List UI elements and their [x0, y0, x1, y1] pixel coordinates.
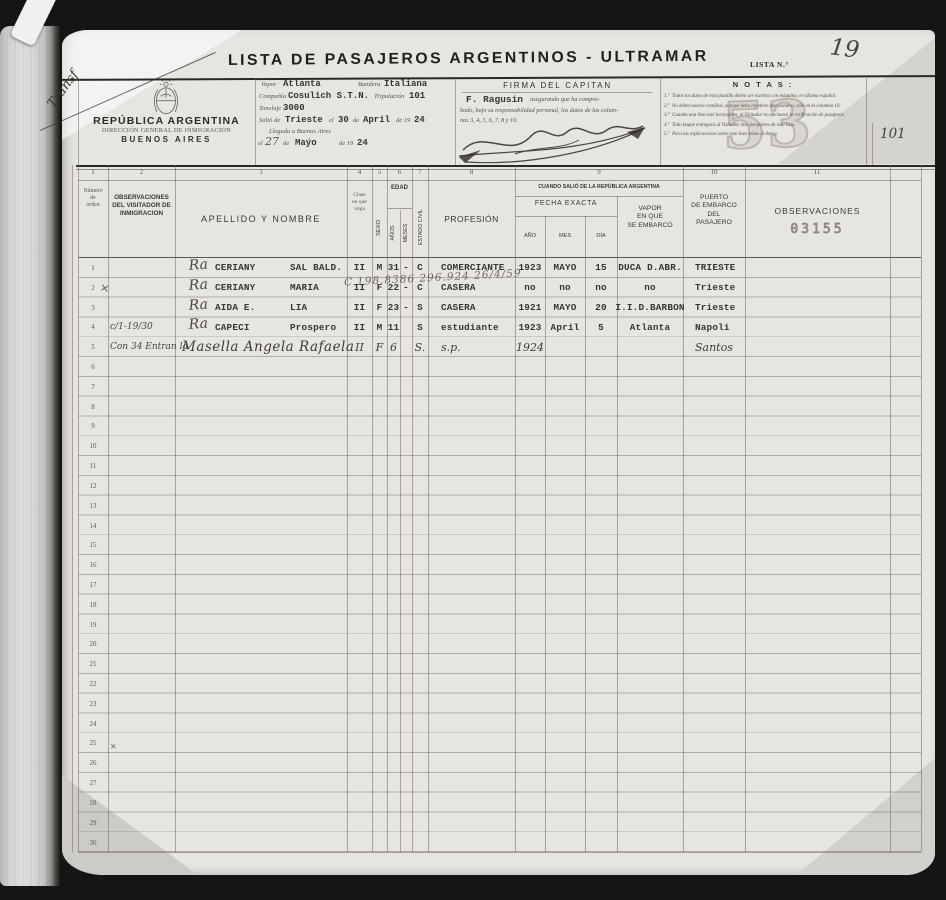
- grid-vline: [255, 78, 256, 165]
- cell-clase: II: [347, 298, 372, 318]
- col-header-vapor-embarco: VAPOR EN QUE SE EMBARCÓ: [617, 205, 683, 230]
- grid-hline: [515, 196, 683, 197]
- cell-vapor: DUCA D.ABR.: [617, 258, 683, 278]
- table-row: 16: [62, 555, 935, 575]
- column-number: 4: [358, 168, 362, 176]
- table-row: 11: [62, 456, 935, 476]
- grid-vline: [660, 78, 661, 165]
- col-header-cuando-salio: CUANDO SALIÓ DE LA REPÚBLICA ARGENTINA: [524, 184, 675, 191]
- cell-vapor: no: [617, 278, 683, 298]
- cell-n: 10: [78, 436, 108, 456]
- cell-dia: no: [585, 278, 617, 298]
- table-row: 26: [62, 753, 935, 773]
- cell-vapor: Atlanta: [617, 317, 683, 337]
- cell-ano: 1924: [515, 337, 545, 357]
- observaciones-stamp: 03155: [745, 222, 890, 238]
- table-row: 25: [62, 734, 935, 754]
- table-row: 9: [62, 417, 935, 437]
- cell-given: MARIA: [290, 278, 346, 298]
- table-row: 24: [62, 714, 935, 734]
- llegada-label: Llegada a Buenos Aires: [269, 128, 331, 135]
- cell-n: 8: [78, 397, 108, 417]
- cell-n: 15: [78, 535, 108, 555]
- captain-name: F. Ragusin: [466, 94, 523, 105]
- salio-port: Trieste: [285, 115, 323, 125]
- table-top-rule-2: [76, 169, 935, 170]
- table-row: 19: [62, 615, 935, 635]
- cell-vapor: I.I.D.BARBON: [617, 298, 683, 318]
- book-page-stack: [0, 26, 60, 886]
- cell-n: 25: [78, 734, 108, 754]
- cell-n: 22: [78, 674, 108, 694]
- table-row: 20: [62, 635, 935, 655]
- tonelaje-value: 3000: [283, 103, 305, 113]
- cell-meses: -: [400, 298, 412, 318]
- column-number: 7: [418, 168, 422, 176]
- cell-n: 17: [78, 575, 108, 595]
- col-header-fecha-exacta: FECHA EXACTA: [515, 200, 617, 209]
- cell-given: Prospero: [290, 317, 346, 337]
- col-header-dia: DÍA: [585, 233, 617, 240]
- cell-surname: CAPECI: [215, 317, 289, 337]
- salio-mes: April: [363, 115, 390, 125]
- cell-mes: no: [545, 278, 585, 298]
- cell-n: 1: [78, 258, 108, 278]
- col-header-visitador: OBSERVACIONES DEL VISITADOR DE INMIGRACI…: [107, 194, 176, 218]
- column-number: 10: [711, 168, 718, 176]
- cell-mes: April: [545, 317, 585, 337]
- cell-obs2: Con 34 Entran la: [110, 337, 176, 357]
- col-header-observaciones: OBSERVACIONES: [745, 206, 890, 217]
- grid-vline: [872, 123, 873, 165]
- col-header-profesion: PROFESIÓN: [428, 214, 515, 225]
- coat-of-arms: [148, 80, 184, 118]
- salio-label: Salió de: [259, 117, 280, 124]
- cell-estado: S: [412, 317, 428, 337]
- col-header-anos: AÑOS: [390, 225, 396, 240]
- column-number: 11: [814, 168, 821, 176]
- column-number: 5: [378, 168, 382, 176]
- col-header-clase: Clase en que viaja: [346, 192, 373, 213]
- tripulacion-value: 101: [409, 91, 425, 101]
- cell-n: 19: [78, 615, 108, 635]
- cell-estado: S.: [412, 337, 428, 357]
- table-row: 15: [62, 535, 935, 555]
- cell-n: 29: [78, 813, 108, 833]
- cell-prof: s.p.: [441, 337, 515, 357]
- org-department: DIRECCIÓN GENERAL DE INMIGRACIÓN: [78, 127, 255, 135]
- col-header-apellido: APELLIDO Y NOMBRE: [175, 214, 347, 225]
- cell-n: 23: [78, 694, 108, 714]
- cell-dia: 15: [585, 258, 617, 278]
- cell-mes: MAYO: [545, 298, 585, 318]
- page-number: 101: [880, 126, 906, 142]
- llegada-de: de: [283, 140, 289, 147]
- table-row: 13: [62, 496, 935, 516]
- table-row: 18: [62, 595, 935, 615]
- table-row: 17: [62, 575, 935, 595]
- cell-prof: CASERA: [441, 298, 515, 318]
- column-number: 8: [470, 168, 474, 176]
- cell-given: LIA: [290, 298, 346, 318]
- table-row: 29: [62, 813, 935, 833]
- llegada-dia: 27: [265, 135, 279, 148]
- table-row: 4c/1-19/30RaCAPECIProsperoIIM11Sestudian…: [62, 317, 935, 337]
- cell-anos: 11: [387, 317, 400, 337]
- cell-puerto: Trieste: [695, 278, 750, 298]
- table-row: 12: [62, 476, 935, 496]
- table-row: 8: [62, 397, 935, 417]
- cell-clase: II: [347, 317, 372, 337]
- table-row: 14: [62, 516, 935, 536]
- cell-n: 26: [78, 753, 108, 773]
- page-title: LISTA DE PASAJEROS ARGENTINOS - ULTRAMAR: [228, 48, 709, 70]
- llegada-mes: Maýo: [295, 138, 317, 148]
- table-row: 23: [62, 694, 935, 714]
- cell-n: 30: [78, 833, 108, 853]
- cell-n: 27: [78, 773, 108, 793]
- cell-clase: II: [347, 337, 372, 357]
- col-header-sexo: SEXO: [376, 220, 382, 236]
- column-number: 6: [398, 168, 402, 176]
- llegada-de19: de 19: [339, 140, 353, 147]
- vapor-value: Atlanta: [283, 79, 321, 89]
- bandera-label: Bandera: [358, 81, 380, 88]
- cell-puerto: Trieste: [695, 298, 750, 318]
- cell-sexo: F: [372, 337, 387, 357]
- cell-n: 7: [78, 377, 108, 397]
- cell-prof: estudiante: [441, 317, 515, 337]
- table-row: 28: [62, 793, 935, 813]
- cell-surname: CERIANY: [215, 258, 289, 278]
- col-header-numero: Número de orden: [78, 188, 108, 210]
- scanned-document-photo: LISTA DE PASAJEROS ARGENTINOS - ULTRAMAR…: [0, 0, 946, 900]
- cell-n: 11: [78, 456, 108, 476]
- table-row: 22: [62, 674, 935, 694]
- col-header-estado-civil: ESTADO CIVIL: [418, 209, 424, 245]
- table-row: 5Con 34 Entran laMasella Angela RafaelaI…: [62, 337, 935, 357]
- cell-n: 16: [78, 555, 108, 575]
- table-row: 21: [62, 654, 935, 674]
- llegada-el: el: [258, 140, 263, 147]
- vapor-label: Vapor: [261, 81, 277, 88]
- col-header-ano: AÑO: [515, 233, 545, 240]
- cell-n: 12: [78, 476, 108, 496]
- table-row: 27: [62, 773, 935, 793]
- grid-vline: [866, 78, 867, 165]
- cell-ano: no: [515, 278, 545, 298]
- cell-estado: S: [412, 298, 428, 318]
- cell-sexo: F: [372, 298, 387, 318]
- column-number: 2: [140, 168, 144, 176]
- salio-de: de: [353, 117, 359, 124]
- cell-surname: AIDA E.: [215, 298, 289, 318]
- col-header-edad: EDAD: [385, 185, 414, 193]
- tonelaje-label: Tonelaje: [259, 105, 281, 112]
- column-number: 9: [597, 168, 601, 176]
- compania-value: Cosulich S.T.N.: [288, 91, 369, 101]
- tripulacion-label: Tripulación: [374, 93, 404, 100]
- col-header-meses: MESES: [403, 224, 409, 243]
- cell-mes: MAYO: [545, 258, 585, 278]
- table-row: 6: [62, 357, 935, 377]
- col-header-puerto: PUERTO DE EMBARCO DEL PASAJERO: [683, 194, 745, 228]
- cell-n: 28: [78, 793, 108, 813]
- grid-vline: [455, 78, 456, 165]
- llegada-ano: 24: [357, 138, 368, 148]
- table-row: 7: [62, 377, 935, 397]
- table-row: 10: [62, 436, 935, 456]
- org-city: BUENOS AIRES: [78, 135, 255, 145]
- document-page: LISTA DE PASAJEROS ARGENTINOS - ULTRAMAR…: [62, 30, 935, 875]
- cell-anos: 23: [387, 298, 400, 318]
- grid-hline: [387, 208, 412, 209]
- pencil-x-mark: ✕: [109, 742, 117, 752]
- col-header-mes: MES: [545, 233, 585, 240]
- cell-surname: CERIANY: [215, 278, 289, 298]
- cell-given: SAL BALD.: [290, 258, 346, 278]
- cell-puerto: TRIESTE: [695, 258, 750, 278]
- cell-dia: 5: [585, 317, 617, 337]
- cell-n: 13: [78, 496, 108, 516]
- compania-label: Compañía: [259, 93, 286, 100]
- cell-n: 18: [78, 595, 108, 615]
- cell-dia: 20: [585, 298, 617, 318]
- cell-n: 4: [78, 317, 108, 337]
- large-stamp-53: 53: [721, 86, 813, 164]
- cell-n: 24: [78, 714, 108, 734]
- cell-n: 3: [78, 298, 108, 318]
- captain-signature: [457, 110, 652, 165]
- salio-de19: de 19: [396, 117, 410, 124]
- grid-hline: [78, 180, 921, 181]
- cell-name_hand: Masella Angela Rafaela: [182, 337, 357, 357]
- cell-anos: 6: [387, 337, 400, 357]
- cell-ano: 1923: [515, 317, 545, 337]
- column-number: 1: [91, 168, 95, 176]
- cell-sexo: M: [372, 317, 387, 337]
- table-top-rule: [76, 165, 935, 167]
- cell-n: 5: [78, 337, 108, 357]
- list-number-label: LISTA N.°: [750, 60, 789, 69]
- list-number-value: 19: [829, 34, 861, 63]
- salio-dia: 30: [338, 115, 349, 125]
- grid-hline: [515, 216, 617, 217]
- salio-ano: 24: [414, 115, 425, 125]
- captain-statement-1: asegurando que ha compro-: [530, 96, 600, 103]
- cell-puerto: Santos: [695, 337, 750, 357]
- table-row: 30: [62, 833, 935, 853]
- cell-n: 6: [78, 357, 108, 377]
- cell-puerto: Napoli: [695, 317, 750, 337]
- captain-heading: FIRMA DEL CAPITAN: [455, 81, 660, 91]
- bandera-value: Italiana: [384, 79, 427, 89]
- column-number: 3: [259, 168, 263, 176]
- cell-n: 21: [78, 654, 108, 674]
- cell-n: 20: [78, 635, 108, 655]
- salio-el: el: [329, 117, 334, 124]
- cell-n: 14: [78, 516, 108, 536]
- captain-heading-rule: [462, 92, 652, 93]
- cell-ano: 1921: [515, 298, 545, 318]
- cell-n: 9: [78, 417, 108, 437]
